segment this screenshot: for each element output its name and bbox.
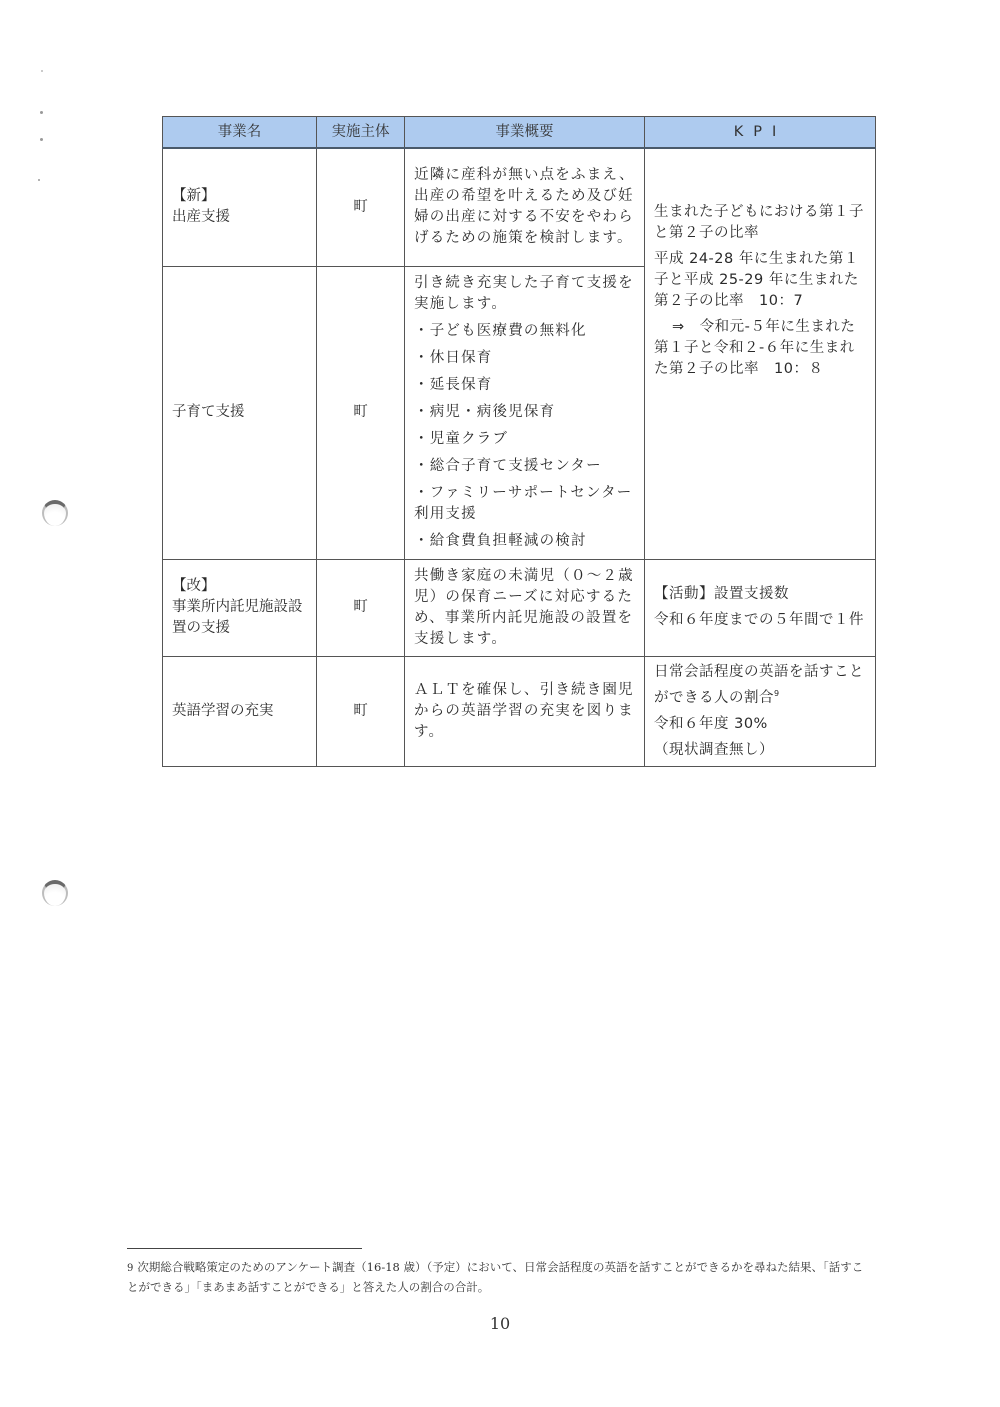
list-item: ・休日保育 <box>414 348 636 369</box>
overview-text: 引き続き充実した子育て支援を実施します。 <box>414 273 636 315</box>
header-kpi: KPI <box>645 117 876 149</box>
table-row: 【新】 出産支援 町 近隣に産科が無い点をふまえ、出産の希望を叶えるため及び妊婦… <box>163 148 876 266</box>
scan-mark <box>40 111 43 114</box>
project-name-cell: 【改】 事業所内託児施設設置の支援 <box>163 559 317 656</box>
kpi-text-main: 日常会話程度の英語を話すことができる人の割合 <box>654 664 864 706</box>
footnote: 9次期総合戦略策定のためのアンケート調査（16-18 歳）（予定）において、日常… <box>127 1258 867 1296</box>
table-row: 【改】 事業所内託児施設設置の支援 町 共働き家庭の未満児（０～２歳児）の保育ニ… <box>163 559 876 656</box>
scan-mark <box>38 179 40 181</box>
kpi-text: 日常会話程度の英語を話すことができる人の割合9 <box>654 662 866 709</box>
scan-mark <box>41 70 43 72</box>
overview-cell: 共働き家庭の未満児（０～２歳児）の保育ニーズに対応するため、事業所内託児施設の設… <box>405 559 645 656</box>
table-header-row: 事業名 実施主体 事業概要 KPI <box>163 117 876 149</box>
kpi-cell: 【活動】設置支援数 令和６年度までの５年間で１件 <box>645 559 876 656</box>
footnote-number: 9 <box>127 1263 133 1274</box>
list-item: ・延長保育 <box>414 375 636 396</box>
kpi-text: （現状調査無し） <box>654 740 866 761</box>
kpi-text: ⇒ 令和元-５年に生まれた第１子と令和２-６年に生まれた第２子の比率 10：８ <box>654 317 866 380</box>
list-item: ・子ども医療費の無料化 <box>414 321 636 342</box>
project-tag: 【新】 <box>172 186 307 207</box>
kpi-text: 生まれた子どもにおける第１子と第２子の比率 <box>654 202 866 244</box>
project-name-cell: 【新】 出産支援 <box>163 148 317 266</box>
project-name-cell: 英語学習の充実 <box>163 656 317 766</box>
list-item: ・病児・病後児保育 <box>414 402 636 423</box>
list-item: ・総合子育て支援センター <box>414 456 636 477</box>
project-table: 事業名 実施主体 事業概要 KPI 【新】 出産支援 町 近隣に産科が無い点をふ… <box>162 116 876 767</box>
list-item: ・児童クラブ <box>414 429 636 450</box>
footnote-divider <box>127 1248 362 1249</box>
project-tag: 【改】 <box>172 576 307 597</box>
project-name: 出産支援 <box>172 207 307 228</box>
header-project-name: 事業名 <box>163 117 317 149</box>
implementer-cell: 町 <box>317 266 405 559</box>
footnote-ref[interactable]: 9 <box>774 689 780 698</box>
kpi-text: 【活動】設置支援数 <box>654 584 866 605</box>
header-implementer: 実施主体 <box>317 117 405 149</box>
table-row: 英語学習の充実 町 ＡＬＴを確保し、引き続き園児からの英語学習の充実を図ります。… <box>163 656 876 766</box>
implementer-cell: 町 <box>317 656 405 766</box>
kpi-cell: 日常会話程度の英語を話すことができる人の割合9 令和６年度 30% （現状調査無… <box>645 656 876 766</box>
kpi-cell: 生まれた子どもにおける第１子と第２子の比率 平成 24-28 年に生まれた第１子… <box>645 148 876 559</box>
project-name: 子育て支援 <box>172 402 307 423</box>
punch-hole-mark <box>42 500 68 526</box>
implementer-cell: 町 <box>317 148 405 266</box>
implementer-cell: 町 <box>317 559 405 656</box>
footnote-text: 次期総合戦略策定のためのアンケート調査（16-18 歳）（予定）において、日常会… <box>127 1260 863 1294</box>
overview-cell: 引き続き充実した子育て支援を実施します。 ・子ども医療費の無料化 ・休日保育 ・… <box>405 266 645 559</box>
page-number: 10 <box>0 1314 1000 1333</box>
overview-cell: 近隣に産科が無い点をふまえ、出産の希望を叶えるため及び妊婦の出産に対する不安をや… <box>405 148 645 266</box>
project-name-cell: 子育て支援 <box>163 266 317 559</box>
scan-mark <box>40 138 43 141</box>
project-name: 英語学習の充実 <box>172 701 307 722</box>
header-overview: 事業概要 <box>405 117 645 149</box>
kpi-text: 令和６年度までの５年間で１件 <box>654 610 866 631</box>
list-item: ・給食費負担軽減の検討 <box>414 531 636 552</box>
punch-hole-mark <box>42 880 68 906</box>
list-item: ・ファミリーサポートセンター利用支援 <box>414 483 636 525</box>
kpi-text: 令和６年度 30% <box>654 714 866 735</box>
overview-cell: ＡＬＴを確保し、引き続き園児からの英語学習の充実を図ります。 <box>405 656 645 766</box>
kpi-text: 平成 24-28 年に生まれた第１子と平成 25-29 年に生まれた第２子の比率… <box>654 249 866 312</box>
project-name: 事業所内託児施設設置の支援 <box>172 597 307 639</box>
